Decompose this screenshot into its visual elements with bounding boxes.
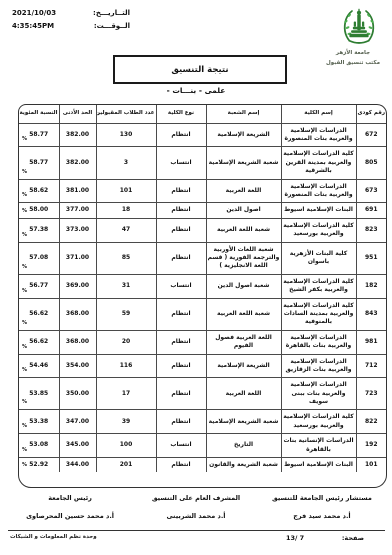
report-meta: التــاريـــخ: 2021/10/03 الــوقـــت: 4:3… [12,9,130,35]
cell-min-score: 368.00 [59,298,96,330]
cell-type: انتظام [156,458,206,473]
cell-code: 182 [356,274,386,298]
cell-percentage: % 57.08 [19,242,59,274]
cell-division: شعبة اللغة العربية [206,298,281,330]
university-name: جامعة الأزهر [314,48,392,58]
cell-code: 822 [356,410,386,434]
signature-title: مستشار رئيس الجامعة للتنسيق [260,494,384,502]
report-date-row: التــاريـــخ: 2021/10/03 [12,9,130,17]
cell-students: 20 [96,330,156,354]
col-header-pct: النسبة المئوية [19,105,59,123]
results-table-body: 672 الدراسات الإسلامية والعربية بنات الم… [19,123,386,472]
cell-college: البنات الإسلامية اسيوط [281,203,356,218]
percent-sign: % [22,288,27,295]
cell-code: 823 [356,218,386,242]
col-header-min: الحد الأدنى [59,105,96,123]
cell-type: انتظام [156,123,206,147]
cell-min-score: 373.00 [59,218,96,242]
footer-divider [8,530,385,531]
cell-division: شعبة الشريعة الإسلامية [206,410,281,434]
cell-percentage: % 52.92 [19,458,59,473]
cell-type: انتساب [156,274,206,298]
cell-min-score: 347.00 [59,410,96,434]
cell-college: البنات الإسلامية اسيوط [281,458,356,473]
percent-sign: % [22,399,27,406]
cell-code: 712 [356,354,386,378]
table-row: 723 الدراسات الإسلامية والعربية بنات ببن… [19,378,386,410]
table-row: 672 الدراسات الإسلامية والعربية بنات الم… [19,123,386,147]
signature-general-supervisor: المشرف العام على التنسيق أ.د محمد الشربي… [134,494,258,520]
table-row: 673 الدراسات الإسلامية والعربية بنات الم… [19,179,386,203]
cell-division: الشريعة الإسلامية [206,123,281,147]
cell-division: شعبة الشريعة والقانون [206,458,281,473]
table-row: 182 كلية الدراسات الإسلامية والعربية بكف… [19,274,386,298]
signature-name: أ.د محمد حسين المحرصاوى [8,512,132,520]
col-header-type: نوع الكلية [156,105,206,123]
cell-min-score: 350.00 [59,378,96,410]
cell-division: اللغة العربية [206,179,281,203]
percent-sign: % [22,367,27,374]
table-row: 192 الدراسات الإنسانية بنات بالقاهرة الت… [19,434,386,458]
cell-college: كلية الدراسات الإسلامية والعربية بمدينة … [281,147,356,179]
cell-division: اصول الدين [206,203,281,218]
cell-code: 691 [356,203,386,218]
table-row: 101 البنات الإسلامية اسيوط شعبة الشريعة … [19,458,386,473]
percent-sign: % [22,232,27,239]
table-header-row: رقم كودى إسم الكلية إسم الشعبة نوع الكلي… [19,105,386,123]
cell-type: انتظام [156,298,206,330]
cell-students: 130 [96,123,156,147]
report-title: نتيجة التنسيق [171,65,228,75]
cell-students: 85 [96,242,156,274]
cell-min-score: 377.00 [59,203,96,218]
cell-type: انتظام [156,330,206,354]
cell-division: اللغة العربية فصول الفيوم [206,330,281,354]
cell-percentage: % 53.85 [19,378,59,410]
cell-code: 981 [356,330,386,354]
percent-sign: % [22,423,27,430]
table-row: 805 كلية الدراسات الإسلامية والعربية بمد… [19,147,386,179]
cell-division: الشريعة الإسلامية [206,354,281,378]
table-row: 823 كلية الدراسات الإسلامية والعربية بور… [19,218,386,242]
cell-college: الدراسات الإسلامية والعربية بنات المنصور… [281,179,356,203]
cell-type: انتظام [156,410,206,434]
cell-college: كلية الدراسات الإسلامية والعربية بمدينة … [281,298,356,330]
cell-percentage: % 54.46 [19,354,59,378]
cell-students: 100 [96,434,156,458]
cell-students: 47 [96,218,156,242]
signature-title: رئيس الجامعة [8,494,132,502]
percent-sign: % [22,320,27,327]
percent-sign: % [22,447,27,454]
page-value: 13/ 7 [286,534,304,542]
it-unit-label: وحدة نظم المعلومات و الشبكات [10,534,97,540]
cell-students: 31 [96,274,156,298]
cell-code: 673 [356,179,386,203]
office-name: مكتب تنسيق القبول [314,58,392,68]
cell-min-score: 381.00 [59,179,96,203]
cell-min-score: 344.00 [59,458,96,473]
cell-percentage: % 58.00 [19,203,59,218]
cell-code: 843 [356,298,386,330]
cell-college: كلية الدراسات الإسلامية والعربية بكفر ال… [281,274,356,298]
signature-name: أ.د محمد الشربينى [134,512,258,520]
cell-college: كلية الدراسات الإسلامية والعربية بورسعيد [281,410,356,434]
cell-min-score: 371.00 [59,242,96,274]
cell-percentage: % 58.77 [19,123,59,147]
time-label: الــوقـــت: [94,22,130,30]
cell-students: 39 [96,410,156,434]
table-row: 691 البنات الإسلامية اسيوط اصول الدين ان… [19,203,386,218]
table-row: 951 كلية البنات الأزهرية باسوان شعبة الل… [19,242,386,274]
cell-college: الدراسات الإسلامية والعربية بنات الزقازي… [281,354,356,378]
cell-college: الدراسات الإسلامية والعربية بنات المنصور… [281,123,356,147]
cell-college: الدراسات الإنسانية بنات بالقاهرة [281,434,356,458]
col-header-code: رقم كودى [356,105,386,123]
table-row: 822 كلية الدراسات الإسلامية والعربية بور… [19,410,386,434]
cell-type: انتظام [156,218,206,242]
cell-percentage: % 56.62 [19,330,59,354]
cell-division: شعبة الشريعة الإسلامية [206,147,281,179]
cell-code: 672 [356,123,386,147]
results-table: رقم كودى إسم الكلية إسم الشعبة نوع الكلي… [19,105,386,472]
cell-code: 723 [356,378,386,410]
cell-code: 951 [356,242,386,274]
time-value: 4:35:45PM [12,22,54,30]
cell-division: شعبة اللغات الأوربية والترجمة الفورية ( … [206,242,281,274]
col-header-college: إسم الكلية [281,105,356,123]
cell-students: 17 [96,378,156,410]
cell-students: 18 [96,203,156,218]
percent-sign: % [22,192,27,199]
page-label: صفحة: [342,534,364,542]
cell-min-score: 382.00 [59,147,96,179]
report-time-row: الــوقـــت: 4:35:45PM [12,22,130,30]
date-value: 2021/10/03 [12,9,56,17]
cell-students: 59 [96,298,156,330]
cell-division: التاريخ [206,434,281,458]
cell-students: 116 [96,354,156,378]
cell-type: انتساب [156,434,206,458]
signature-university-president: رئيس الجامعة أ.د محمد حسين المحرصاوى [8,494,132,520]
cell-division: شعبة اصول الدين [206,274,281,298]
cell-percentage: % 57.38 [19,218,59,242]
table-row: 981 الدراسات الإسلامية والعربية بنات بال… [19,330,386,354]
percent-sign: % [22,264,27,271]
al-azhar-university-logo-icon [338,3,380,47]
percent-sign: % [22,462,27,469]
cell-college: الدراسات الإسلامية والعربية بنات ببنى سو… [281,378,356,410]
cell-percentage: % 58.77 [19,147,59,179]
col-header-students: عدد الطلاب المقبولين [96,105,156,123]
cell-college: كلية البنات الأزهرية باسوان [281,242,356,274]
signature-title: المشرف العام على التنسيق [134,494,258,502]
report-subtitle: - علمى - بنـــات [0,86,392,95]
report-title-box: نتيجة التنسيق [113,55,287,84]
cell-percentage: % 56.62 [19,298,59,330]
cell-min-score: 345.00 [59,434,96,458]
cell-percentage: % 53.08 [19,434,59,458]
cell-college: كلية الدراسات الإسلامية والعربية بورسعيد [281,218,356,242]
percent-sign: % [22,208,27,215]
cell-division: شعبة اللغة العربية [206,218,281,242]
cell-min-score: 354.00 [59,354,96,378]
cell-min-score: 382.00 [59,123,96,147]
percent-sign: % [22,136,27,143]
percent-sign: % [22,344,27,351]
page-number-block: صفحة: 13/ 7 [286,534,364,542]
signatures-row: مستشار رئيس الجامعة للتنسيق أ.د محمد سيد… [8,494,384,520]
cell-percentage: % 56.77 [19,274,59,298]
cell-students: 101 [96,179,156,203]
results-table-wrap: رقم كودى إسم الكلية إسم الشعبة نوع الكلي… [18,104,387,488]
signature-name: أ.د محمد سيد فرج [260,512,384,520]
cell-type: انتساب [156,147,206,179]
cell-type: انتظام [156,378,206,410]
date-label: التــاريـــخ: [93,9,130,17]
cell-students: 201 [96,458,156,473]
cell-type: انتظام [156,203,206,218]
org-block: جامعة الأزهر مكتب تنسيق القبول [314,48,392,69]
table-row: 843 كلية الدراسات الإسلامية والعربية بمد… [19,298,386,330]
percent-sign: % [22,169,27,176]
cell-min-score: 369.00 [59,274,96,298]
cell-percentage: % 53.38 [19,410,59,434]
tansik-result-page: التــاريـــخ: 2021/10/03 الــوقـــت: 4:3… [0,0,392,555]
cell-type: انتظام [156,242,206,274]
cell-code: 192 [356,434,386,458]
cell-division: اللغة العربية [206,378,281,410]
cell-type: انتظام [156,179,206,203]
table-row: 712 الدراسات الإسلامية والعربية بنات الز… [19,354,386,378]
cell-percentage: % 58.62 [19,179,59,203]
cell-type: انتظام [156,354,206,378]
cell-code: 805 [356,147,386,179]
cell-min-score: 368.00 [59,330,96,354]
cell-code: 101 [356,458,386,473]
cell-college: الدراسات الإسلامية والعربية بنات بالقاهر… [281,330,356,354]
signature-coordination-advisor: مستشار رئيس الجامعة للتنسيق أ.د محمد سيد… [260,494,384,520]
cell-students: 3 [96,147,156,179]
col-header-division: إسم الشعبة [206,105,281,123]
